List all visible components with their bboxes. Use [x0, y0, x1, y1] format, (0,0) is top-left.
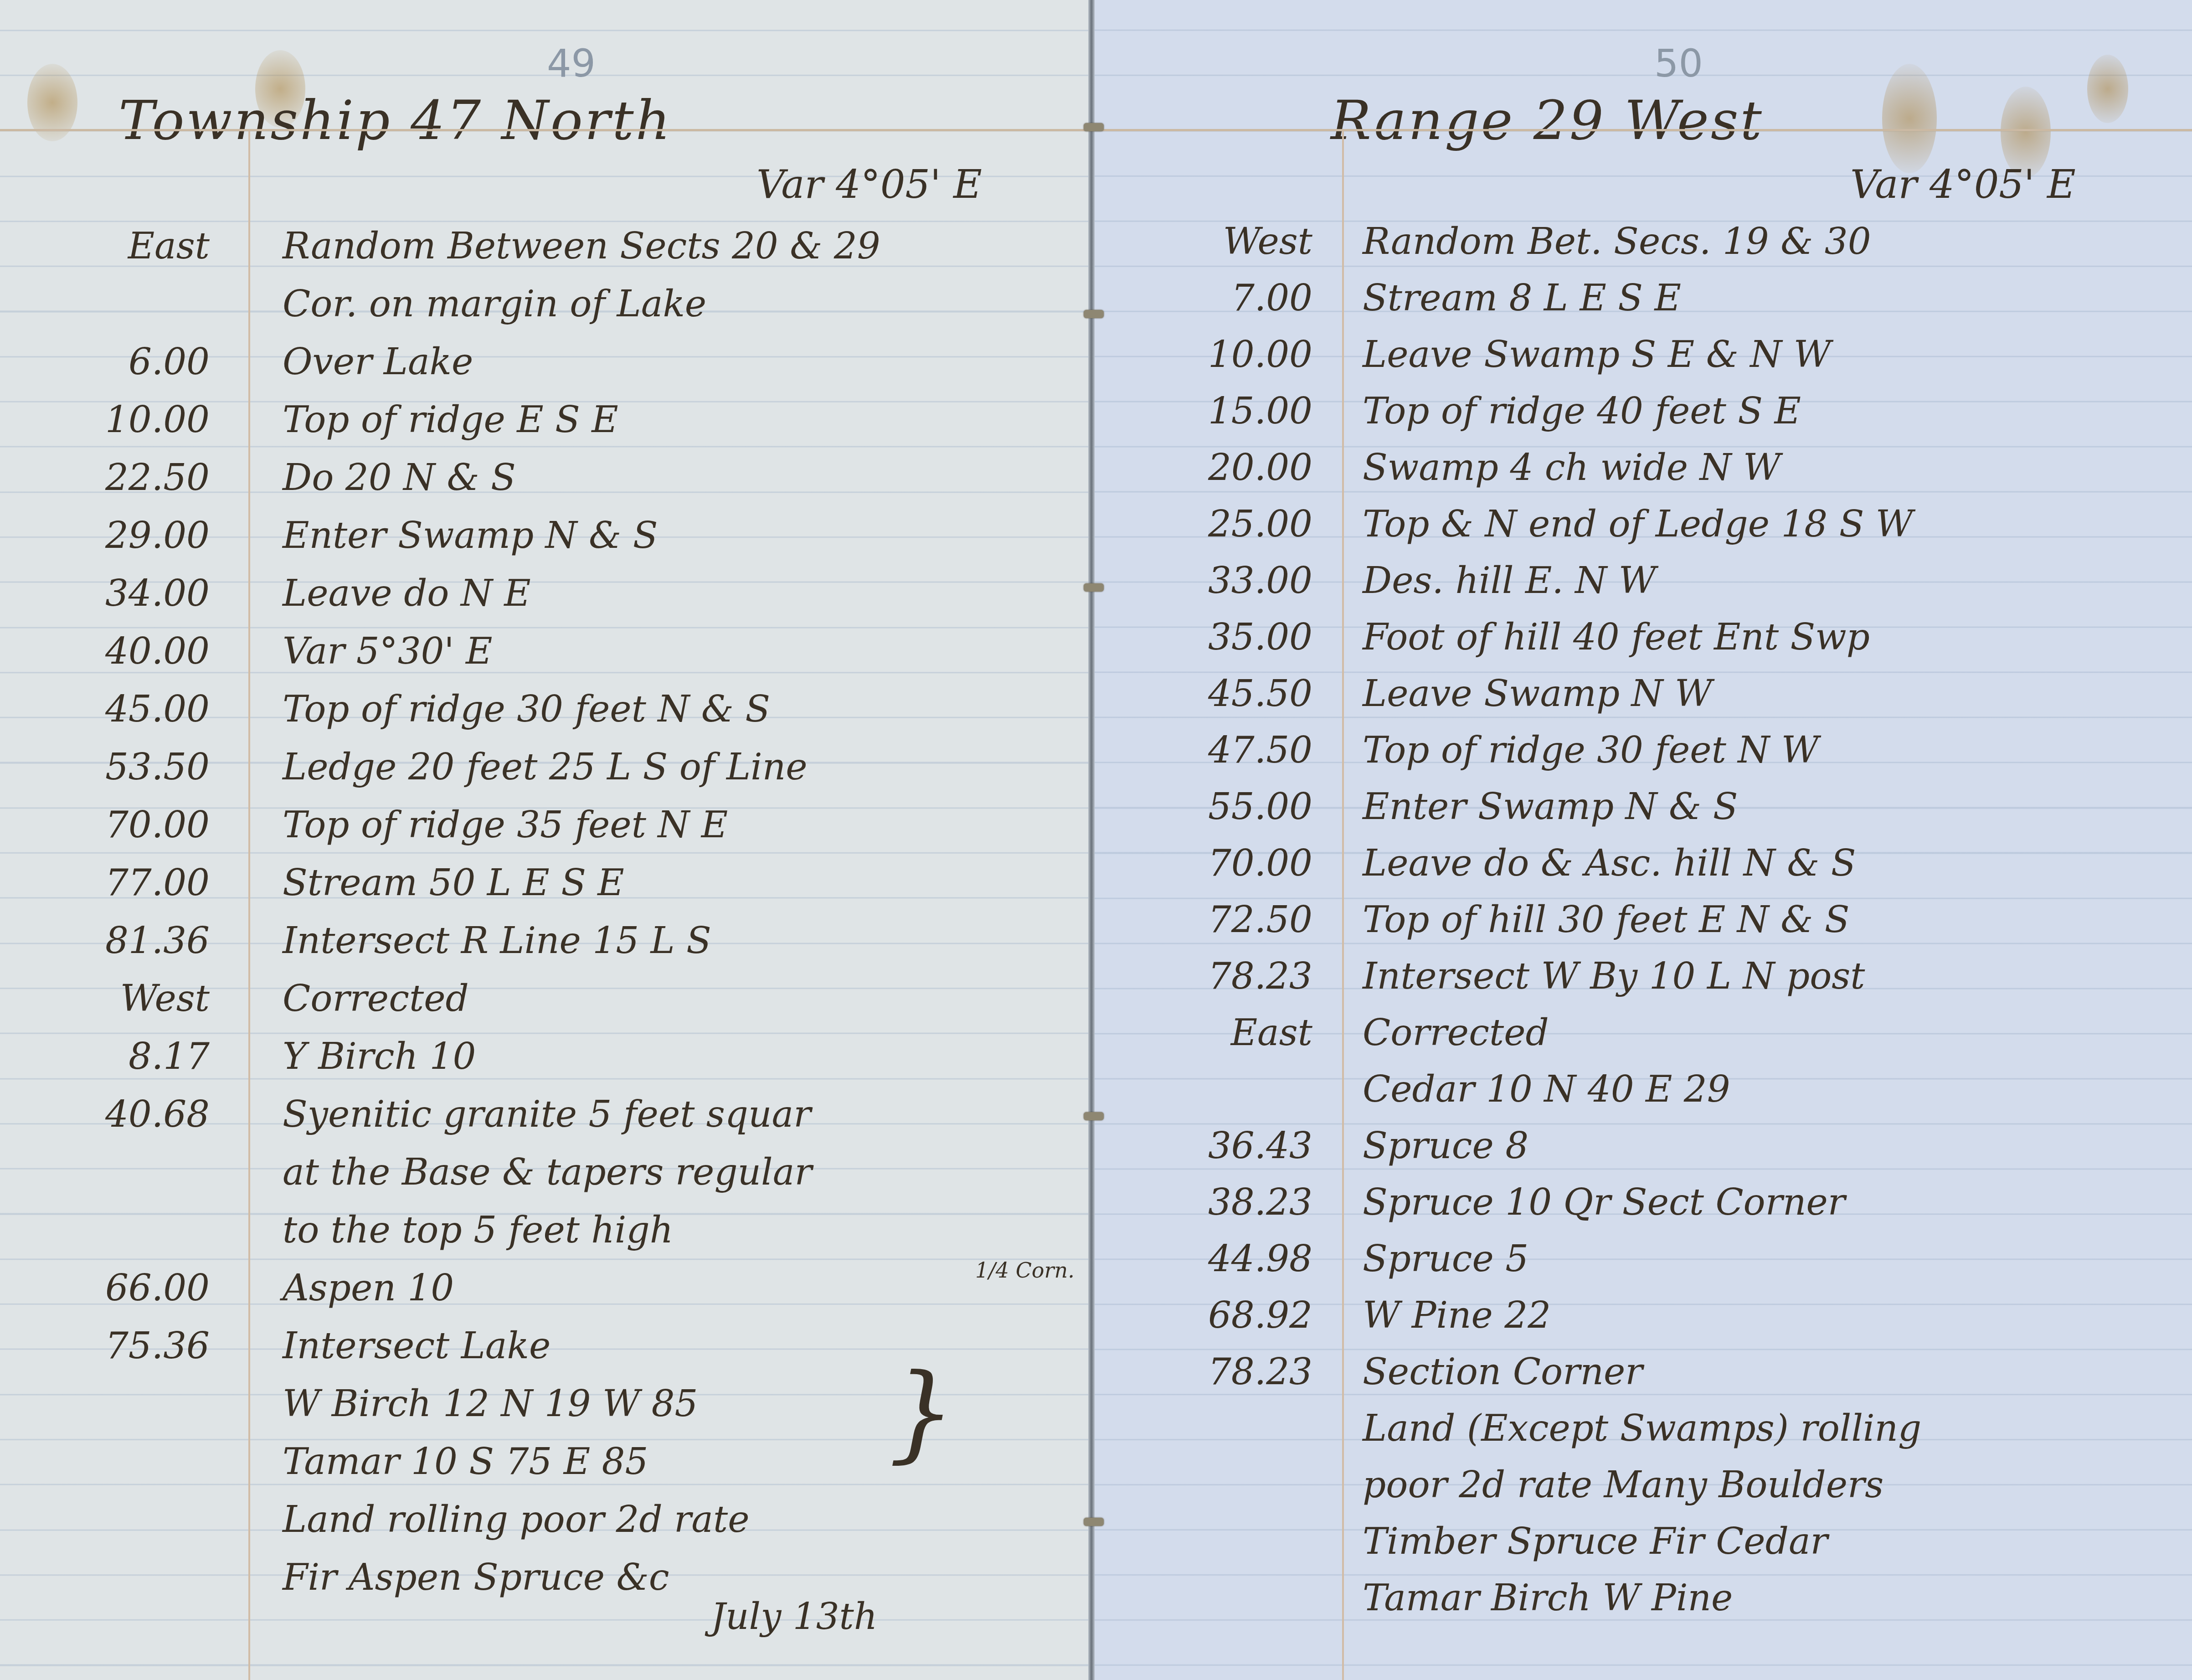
- survey-entry: 72.50Top of hill 30 feet E N & S: [1094, 897, 2192, 943]
- survey-note: Stream 50 L E S E: [283, 860, 624, 906]
- survey-note: Swamp 4 ch wide N W: [1363, 445, 1780, 490]
- survey-note: Foot of hill 40 feet Ent Swp: [1363, 614, 1870, 660]
- survey-entry: Cedar 10 N 40 E 29: [1094, 1067, 2192, 1112]
- chain-distance: 10.00: [1121, 332, 1312, 377]
- binding-stitch: [1084, 1518, 1104, 1526]
- survey-note: Top of ridge 35 feet N E: [283, 802, 728, 848]
- chain-distance: 29.00: [18, 513, 210, 558]
- chain-distance: 22.50: [18, 455, 210, 500]
- binding-stitch: [1084, 123, 1104, 131]
- survey-entry: 15.00Top of ridge 40 feet S E: [1094, 388, 2192, 434]
- survey-note: Syenitic granite 5 feet squar: [283, 1092, 811, 1137]
- page-title: Range 29 West: [1331, 89, 1764, 152]
- chain-distance: 75.36: [18, 1323, 210, 1369]
- brace: }: [889, 1360, 955, 1465]
- survey-note: Leave Swamp S E & N W: [1363, 332, 1831, 377]
- survey-note: Random Bet. Secs. 19 & 30: [1363, 219, 1871, 264]
- survey-entry: Cor. on margin of Lake: [0, 281, 1090, 327]
- survey-entry: 77.00Stream 50 L E S E: [0, 860, 1090, 906]
- survey-entry: 66.00Aspen 10: [0, 1265, 1090, 1311]
- chain-distance: 34.00: [18, 571, 210, 616]
- survey-entry: 78.23Intersect W By 10 L N post: [1094, 953, 2192, 999]
- survey-entry: poor 2d rate Many Boulders: [1094, 1462, 2192, 1508]
- survey-entry: EastCorrected: [1094, 1010, 2192, 1056]
- chain-distance: 40.68: [18, 1092, 210, 1137]
- survey-note: Leave Swamp N W: [1363, 671, 1712, 716]
- survey-entry: 35.00Foot of hill 40 feet Ent Swp: [1094, 614, 2192, 660]
- chain-distance: East: [18, 223, 210, 269]
- survey-note: Top of ridge 30 feet N & S: [283, 686, 770, 732]
- chain-distance: West: [1121, 219, 1312, 264]
- survey-entry: WestRandom Bet. Secs. 19 & 30: [1094, 219, 2192, 264]
- survey-note: W Pine 22: [1363, 1293, 1551, 1338]
- chain-distance: 20.00: [1121, 445, 1312, 490]
- survey-note: Top & N end of Ledge 18 S W: [1363, 501, 1913, 547]
- survey-note: Tamar 10 S 75 E 85: [283, 1439, 648, 1484]
- survey-entry: 70.00Leave do & Asc. hill N & S: [1094, 840, 2192, 886]
- survey-entry: 38.23Spruce 10 Qr Sect Corner: [1094, 1180, 2192, 1225]
- stain: [2087, 55, 2128, 123]
- survey-entry: 34.00Leave do N E: [0, 571, 1090, 616]
- survey-note: Top of ridge 40 feet S E: [1363, 388, 1801, 434]
- right-page: 50 Range 29 West Var 4°05' E WestRandom …: [1094, 0, 2192, 1680]
- date: July 13th: [711, 1595, 877, 1638]
- chain-distance: 33.00: [1121, 558, 1312, 603]
- survey-entry: 68.92W Pine 22: [1094, 1293, 2192, 1338]
- survey-note: Leave do N E: [283, 571, 531, 616]
- chain-distance: 68.92: [1121, 1293, 1312, 1338]
- chain-distance: 72.50: [1121, 897, 1312, 943]
- survey-note: Ledge 20 feet 25 L S of Line: [283, 744, 808, 790]
- page-title: Township 47 North: [118, 89, 672, 152]
- survey-note: Timber Spruce Fir Cedar: [1363, 1519, 1828, 1564]
- survey-note: Spruce 5: [1363, 1236, 1528, 1282]
- binding-stitch: [1084, 310, 1104, 318]
- survey-note: Fir Aspen Spruce &c: [283, 1555, 669, 1600]
- chain-distance: East: [1121, 1010, 1312, 1056]
- survey-entry: 20.00Swamp 4 ch wide N W: [1094, 445, 2192, 490]
- survey-note: Random Between Sects 20 & 29: [283, 223, 880, 269]
- survey-entry: Land rolling poor 2d rate: [0, 1497, 1090, 1542]
- survey-note: Cedar 10 N 40 E 29: [1363, 1067, 1730, 1112]
- chain-distance: 8.17: [18, 1034, 210, 1079]
- survey-note: Tamar Birch W Pine: [1363, 1575, 1733, 1621]
- survey-note: Top of ridge 30 feet N W: [1363, 727, 1819, 773]
- chain-distance: 47.50: [1121, 727, 1312, 773]
- chain-distance: 15.00: [1121, 388, 1312, 434]
- binding-gutter: [1088, 0, 1095, 1680]
- chain-distance: 78.23: [1121, 953, 1312, 999]
- chain-distance: 45.00: [18, 686, 210, 732]
- chain-distance: 70.00: [1121, 840, 1312, 886]
- survey-entry: 10.00Top of ridge E S E: [0, 397, 1090, 443]
- survey-entry: 25.00Top & N end of Ledge 18 S W: [1094, 501, 2192, 547]
- survey-entry: 29.00Enter Swamp N & S: [0, 513, 1090, 558]
- survey-note: Des. hill E. N W: [1363, 558, 1656, 603]
- survey-note: W Birch 12 N 19 W 85: [283, 1381, 698, 1427]
- survey-entry: 81.36Intersect R Line 15 L S: [0, 918, 1090, 964]
- chain-distance: West: [18, 976, 210, 1021]
- magnetic-variation: Var 4°05' E: [756, 162, 982, 207]
- survey-note: Land (Except Swamps) rolling: [1363, 1406, 1921, 1451]
- survey-note: Intersect R Line 15 L S: [283, 918, 711, 964]
- survey-entry: 45.50Leave Swamp N W: [1094, 671, 2192, 716]
- survey-entry: 70.00Top of ridge 35 feet N E: [0, 802, 1090, 848]
- survey-entry: Fir Aspen Spruce &c: [0, 1555, 1090, 1600]
- chain-distance: 53.50: [18, 744, 210, 790]
- chain-distance: 36.43: [1121, 1123, 1312, 1169]
- survey-entry: Land (Except Swamps) rolling: [1094, 1406, 2192, 1451]
- survey-entry: at the Base & tapers regular: [0, 1149, 1090, 1195]
- survey-entry: WestCorrected: [0, 976, 1090, 1021]
- survey-entry: 8.17Y Birch 10: [0, 1034, 1090, 1079]
- chain-distance: 44.98: [1121, 1236, 1312, 1282]
- chain-distance: 40.00: [18, 629, 210, 674]
- survey-note: Corrected: [1363, 1010, 1549, 1056]
- magnetic-variation: Var 4°05' E: [1850, 162, 2076, 207]
- survey-note: Enter Swamp N & S: [1363, 784, 1738, 830]
- survey-entry: 78.23Section Corner: [1094, 1349, 2192, 1395]
- chain-distance: 7.00: [1121, 275, 1312, 321]
- chain-distance: 81.36: [18, 918, 210, 964]
- survey-entry: to the top 5 feet high: [0, 1207, 1090, 1253]
- survey-note: Intersect W By 10 L N post: [1363, 953, 1865, 999]
- chain-distance: 6.00: [18, 339, 210, 385]
- survey-entry: EastRandom Between Sects 20 & 29: [0, 223, 1090, 269]
- survey-note: Intersect Lake: [283, 1323, 551, 1369]
- survey-entry: 53.50Ledge 20 feet 25 L S of Line: [0, 744, 1090, 790]
- header-rule: [0, 129, 1090, 131]
- chain-distance: 10.00: [18, 397, 210, 443]
- survey-entry: 7.00Stream 8 L E S E: [1094, 275, 2192, 321]
- survey-note: Top of ridge E S E: [283, 397, 618, 443]
- survey-entry: 47.50Top of ridge 30 feet N W: [1094, 727, 2192, 773]
- corner-note: 1/4 Corn.: [975, 1258, 1075, 1283]
- survey-note: Y Birch 10: [283, 1034, 476, 1079]
- survey-entry: 36.43Spruce 8: [1094, 1123, 2192, 1169]
- survey-entry: 40.00Var 5°30' E: [0, 629, 1090, 674]
- survey-note: at the Base & tapers regular: [283, 1149, 812, 1195]
- left-page: 49 Township 47 North Var 4°05' E EastRan…: [0, 0, 1090, 1680]
- survey-note: Section Corner: [1363, 1349, 1643, 1395]
- survey-note: Top of hill 30 feet E N & S: [1363, 897, 1850, 943]
- survey-note: Aspen 10: [283, 1265, 454, 1311]
- survey-entry: Tamar Birch W Pine: [1094, 1575, 2192, 1621]
- chain-distance: 66.00: [18, 1265, 210, 1311]
- chain-distance: 55.00: [1121, 784, 1312, 830]
- chain-distance: 77.00: [18, 860, 210, 906]
- survey-note: poor 2d rate Many Boulders: [1363, 1462, 1883, 1508]
- survey-note: Corrected: [283, 976, 469, 1021]
- survey-note: to the top 5 feet high: [283, 1207, 673, 1253]
- field-notebook-spread: 49 Township 47 North Var 4°05' E EastRan…: [0, 0, 2192, 1680]
- survey-entry: 10.00Leave Swamp S E & N W: [1094, 332, 2192, 377]
- binding-stitch: [1084, 1112, 1104, 1120]
- chain-distance: 25.00: [1121, 501, 1312, 547]
- survey-note: Over Lake: [283, 339, 473, 385]
- stain: [1882, 64, 1937, 173]
- survey-note: Leave do & Asc. hill N & S: [1363, 840, 1856, 886]
- survey-entry: 6.00Over Lake: [0, 339, 1090, 385]
- survey-entry: 44.98Spruce 5: [1094, 1236, 2192, 1282]
- page-number: 49: [547, 41, 596, 86]
- header-rule: [1094, 129, 2192, 131]
- chain-distance: 35.00: [1121, 614, 1312, 660]
- survey-entry: 45.00Top of ridge 30 feet N & S: [0, 686, 1090, 732]
- binding-stitch: [1084, 583, 1104, 592]
- survey-note: Enter Swamp N & S: [283, 513, 658, 558]
- survey-entry: Timber Spruce Fir Cedar: [1094, 1519, 2192, 1564]
- chain-distance: 78.23: [1121, 1349, 1312, 1395]
- survey-entry: 22.50Do 20 N & S: [0, 455, 1090, 500]
- survey-entry: 55.00Enter Swamp N & S: [1094, 784, 2192, 830]
- survey-note: Spruce 10 Qr Sect Corner: [1363, 1180, 1845, 1225]
- survey-note: Cor. on margin of Lake: [283, 281, 706, 327]
- page-number: 50: [1654, 41, 1703, 86]
- chain-distance: 38.23: [1121, 1180, 1312, 1225]
- survey-entry: 33.00Des. hill E. N W: [1094, 558, 2192, 603]
- survey-entry: 40.68Syenitic granite 5 feet squar: [0, 1092, 1090, 1137]
- survey-note: Do 20 N & S: [283, 455, 516, 500]
- survey-note: Land rolling poor 2d rate: [283, 1497, 750, 1542]
- chain-distance: 70.00: [18, 802, 210, 848]
- survey-note: Var 5°30' E: [283, 629, 492, 674]
- chain-distance: 45.50: [1121, 671, 1312, 716]
- survey-note: Stream 8 L E S E: [1363, 275, 1681, 321]
- survey-note: Spruce 8: [1363, 1123, 1528, 1169]
